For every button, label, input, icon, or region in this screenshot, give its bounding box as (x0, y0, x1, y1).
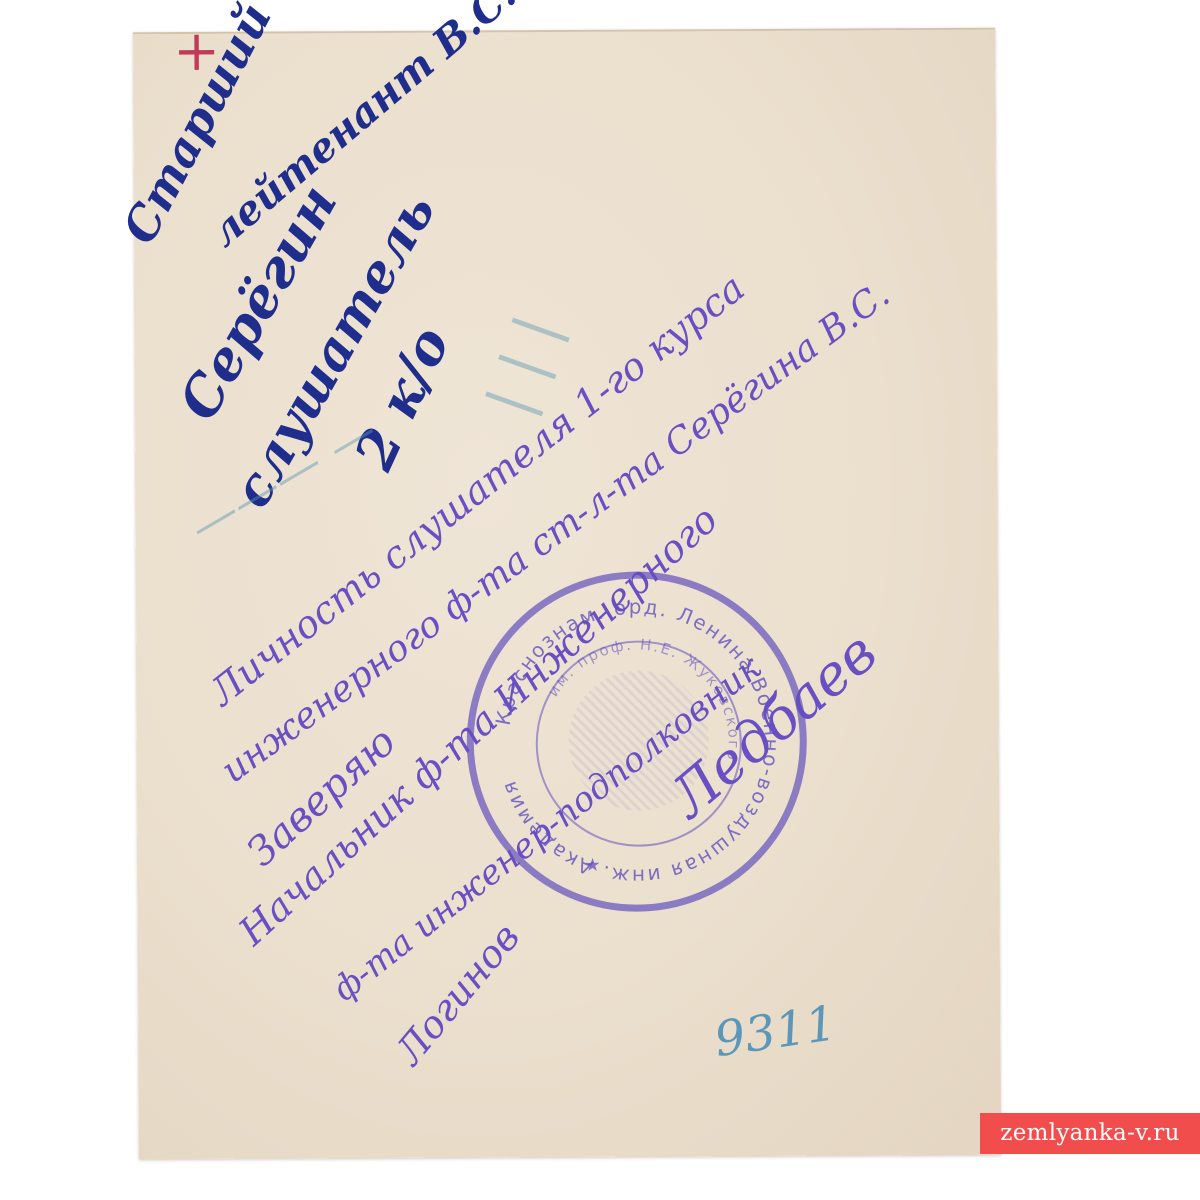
photo-reverse-paper: + Старший лейтенант В.С. Серёгин слушате… (133, 28, 1001, 1159)
stamp-text-ring: Краснознам. орд. Ленина Военно-воздушная… (473, 578, 801, 906)
site-watermark-badge[interactable]: zemlyanka-v.ru (980, 1113, 1200, 1154)
upper-inscription: Старший лейтенант В.С. Серёгин слушатель… (133, 30, 995, 35)
official-round-stamp: Краснознам. орд. Ленина Военно-воздушная… (466, 571, 808, 913)
catalog-number: 9311 (712, 999, 840, 1064)
star-icon: ★ (584, 855, 600, 876)
svg-text:им. проф. Н.Е. Жуковского: им. проф. Н.Е. Жуковского (544, 635, 743, 764)
stamp-inner-text: им. проф. Н.Е. Жуковского (544, 635, 743, 764)
